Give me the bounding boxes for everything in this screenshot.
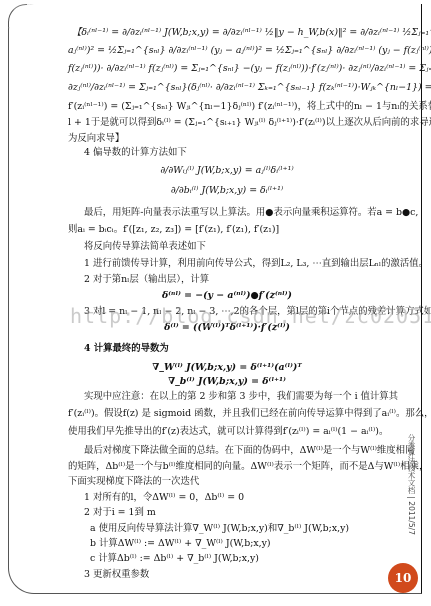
formula-delta-output: δ⁽ⁿˡ⁾ = −(y − a⁽ⁿˡ⁾)●f′(z⁽ⁿˡ⁾) <box>68 291 386 300</box>
step-2: 2 对于第nₗ层（输出层），计算 <box>68 275 209 284</box>
paragraph-elementwise: 则aᵢ = bᵢcᵢ。f′([z₁, z₂, z₃]) = [f′(z₁), f… <box>68 225 279 234</box>
formula-delta-hidden: δ⁽ˡ⁾ = ((W⁽ˡ⁾)ᵀδ⁽ˡ⁺¹⁾)·f′(z⁽ˡ⁾) <box>68 323 386 332</box>
paragraph-gd-summary: 最后对梯度下降法做全面的总结。在下面的伪码中，ΔW⁽ˡ⁾是一个与W⁽ˡ⁾维度相同 <box>68 446 414 455</box>
pseudo-step-2a: a 使用反向传导算法计算∇_W⁽ˡ⁾ J(W,b;x,y)和∇_b⁽ˡ⁾ J(W… <box>68 524 349 533</box>
derivation-line-1: 【δᵢ⁽ⁿˡ⁻¹⁾ = ∂/∂zᵢ⁽ⁿˡ⁻¹⁾ J(W,b;x,y) = ∂/∂… <box>72 28 431 37</box>
paragraph-gd-matrix: 的矩阵，Δb⁽ˡ⁾是一个与b⁽ˡ⁾维度相同的向量。ΔW⁽ˡ⁾表示一个矩阵，而不是… <box>68 462 428 471</box>
pseudo-step-2: 2 对于i = 1到 m <box>68 508 156 517</box>
formula-dW: ∂/∂Wᵢⱼ⁽ˡ⁾ J(W,b;x,y) = aⱼ⁽ˡ⁾δᵢ⁽ˡ⁺¹⁾ <box>68 166 386 175</box>
derivation-line-3: f(zⱼ⁽ⁿˡ⁾))· ∂/∂zᵢ⁽ⁿˡ⁻¹⁾ f(zⱼ⁽ⁿˡ⁾) = Σⱼ₌₁… <box>68 64 431 73</box>
paragraph-backprop-summary: 将反向传导算法简单表述如下 <box>68 242 206 251</box>
paragraph-matrix-notation: 最后，用矩阵-向量表示法重写以上算法。用●表示向量乘积运算符。若a = b●c, <box>68 208 418 217</box>
derivation-line-4: ∂zⱼ⁽ⁿˡ⁾/∂zᵢ⁽ⁿˡ⁻¹⁾ = Σⱼ₌₁^{sₙₗ}(δⱼ⁽ⁿˡ⁾· ∂… <box>68 83 431 92</box>
page-number: 10 <box>395 571 412 585</box>
formula-db: ∂/∂bᵢ⁽ˡ⁾ J(W,b;x,y) = δᵢ⁽ˡ⁺¹⁾ <box>68 186 386 195</box>
paragraph-gd-iteration: 下面实现梯度下降法的一次迭代 <box>68 477 199 486</box>
derivation-line-2: aⱼ⁽ⁿˡ⁾)² = ½Σⱼ₌₁^{sₙₗ} ∂/∂zᵢ⁽ⁿˡ⁻¹⁾ (yⱼ −… <box>68 46 431 55</box>
step-4: 4 计算最终的导数为 <box>68 344 169 353</box>
pseudo-step-1: 1 对所有的l，令ΔW⁽ˡ⁾ = 0，Δb⁽ˡ⁾ = 0 <box>68 493 244 502</box>
formula-grad-b: ∇_b⁽ˡ⁾ J(W,b;x,y) = δ⁽ˡ⁺¹⁾ <box>68 377 386 386</box>
pseudo-step-2c: c 计算Δb⁽ˡ⁾ := Δb⁽ˡ⁾ + ∇_b⁽ˡ⁾ J(W,b;x,y) <box>68 554 259 563</box>
paragraph-sigmoid: f′(zᵢ⁽ˡ⁾)。假设f(z) 是 sigmoid 函数，并且我们已经在前向传… <box>68 409 431 418</box>
page-number-badge: 10 <box>388 563 418 593</box>
formula-grad-W: ∇_W⁽ˡ⁾ J(W,b;x,y) = δ⁽ˡ⁺¹⁾(a⁽ˡ⁾)ᵀ <box>68 363 386 372</box>
derivation-line-7: 为反向求导】 <box>68 134 124 143</box>
pseudo-step-2b: b 计算ΔW⁽ˡ⁾ := ΔW⁽ˡ⁾ + ∇_W⁽ˡ⁾ J(W,b;x,y) <box>68 539 271 548</box>
step-1: 1 进行前馈传导计算，利用前向传导公式，得到L₂, L₃, ⋯直到输出层Lₙₗ的… <box>68 259 428 268</box>
step-3: 3 对l = nₗ − 1, nₗ − 2, nₗ − 3, ⋯,2的各个层，第… <box>68 307 431 316</box>
derivation-line-5: f′(zᵢ⁽ⁿˡ⁻¹⁾) = (Σⱼ₌₁^{sₙₗ} Wⱼᵢ^{nₗ−1}δⱼ⁽… <box>68 102 431 111</box>
paragraph-implementation-note: 实现中应注意：在以上的第 2 步和第 3 步中，我们需要为每一个 i 值计算其 <box>68 392 398 401</box>
side-label-doc-date: 分类算法技术文档 | 2011/5/7 <box>405 434 417 554</box>
derivation-line-6: l + 1于是就可以得到δᵢ⁽ˡ⁾ = (Σⱼ₌₁^{sₗ₊₁} Wⱼᵢ⁽ˡ⁾ … <box>68 118 431 127</box>
pseudo-step-3: 3 更新权重参数 <box>68 570 149 579</box>
paragraph-derivative: 使用我们早先推导出的f′(z)表达式，就可以计算得到f′(zᵢ⁽ˡ⁾) = aᵢ… <box>68 427 388 436</box>
section-4-heading: 4 偏导数的计算方法如下 <box>68 148 187 157</box>
page-frame-corner <box>8 4 27 27</box>
